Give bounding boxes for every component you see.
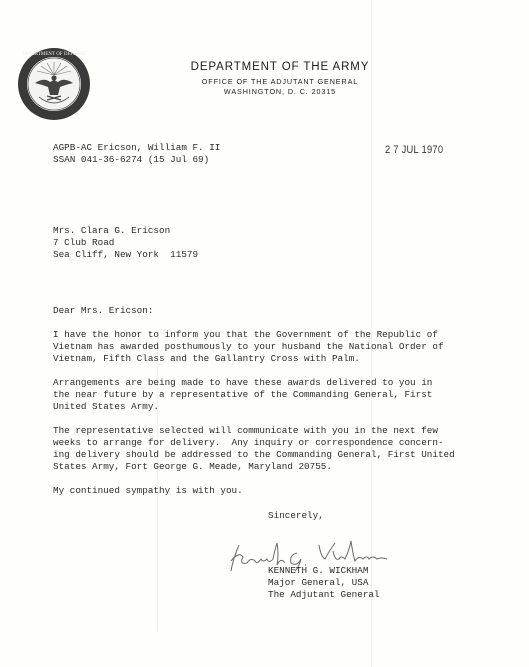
fold-line — [157, 330, 158, 630]
recipient-street: 7 Club Road — [53, 237, 114, 249]
body-p3-line: ing delivery should be addressed to the … — [53, 449, 455, 461]
signer-title: The Adjutant General — [268, 589, 380, 601]
letterhead: DEPARTMENT OF THE ARMY OFFICE OF THE ADJ… — [150, 60, 410, 97]
recipient-name: Mrs. Clara G. Ericson — [53, 225, 170, 237]
department-of-defense-seal-icon: DEPARTMENT OF DEFENSE — [17, 47, 91, 121]
salutation: Dear Mrs. Ericson: — [53, 305, 153, 317]
signer-rank: Major General, USA — [268, 577, 368, 589]
body-p3-line: States Army, Fort George G. Meade, Maryl… — [53, 461, 332, 473]
body-p3-line: The representative selected will communi… — [53, 425, 438, 437]
letter-page: DEPARTMENT OF DEFENSE DEPARTMENT OF THE … — [0, 0, 529, 667]
recipient-city: Sea Cliff, New York 11579 — [53, 249, 198, 261]
letterhead-title: DEPARTMENT OF THE ARMY — [150, 60, 410, 74]
body-p1-line: Vietnam has awarded posthumously to your… — [53, 341, 444, 353]
body-p2-line: the near future by a representative of t… — [53, 389, 432, 401]
body-p1-line: Vietnam, Fifth Class and the Gallantry C… — [53, 353, 360, 365]
closing: Sincerely, — [268, 510, 324, 522]
signer-name: KENNETH G. WICKHAM — [268, 565, 368, 577]
body-p3-line: weeks to arrange for delivery. Any inqui… — [53, 437, 444, 449]
reference-line-1: AGPB-AC Ericson, William F. II — [53, 142, 220, 154]
letterhead-address: WASHINGTON, D. C. 20315 — [150, 87, 410, 97]
body-p4: My continued sympathy is with you. — [53, 485, 243, 497]
body-p2-line: United States Army. — [53, 401, 159, 413]
body-p1-line: I have the honor to inform you that the … — [53, 329, 438, 341]
reference-line-2: SSAN 041-36-6274 (15 Jul 69) — [53, 154, 209, 166]
letterhead-office: OFFICE OF THE ADJUTANT GENERAL — [150, 76, 410, 87]
letter-date: 2 7 JUL 1970 — [385, 144, 443, 156]
body-p2-line: Arrangements are being made to have thes… — [53, 377, 432, 389]
svg-text:DEPARTMENT OF DEFENSE: DEPARTMENT OF DEFENSE — [22, 52, 86, 57]
